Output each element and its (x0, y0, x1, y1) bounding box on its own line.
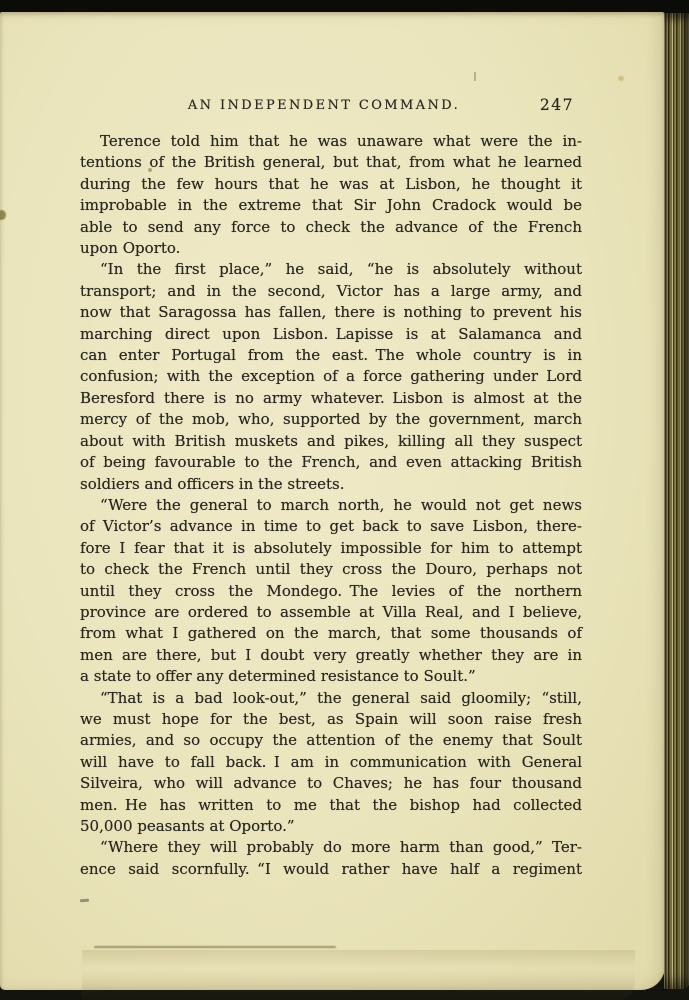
text-line: from what I gathered on the march, that … (80, 623, 582, 644)
foxing-speck (618, 76, 624, 81)
text-line: Silveira, who will advance to Chaves; he… (80, 773, 582, 794)
text-line: a state to offer any determined resistan… (80, 666, 582, 687)
text-line: will have to fall back. I am in communic… (80, 752, 582, 773)
foxing-speck (0, 210, 6, 220)
stacked-page-edges (664, 13, 689, 989)
text-line: improbable in the extreme that Sir John … (80, 195, 582, 216)
text-line: men are there, but I doubt very greatly … (80, 645, 582, 666)
text-line: “That is a bad look-out,” the general sa… (80, 688, 582, 709)
paragraph: “In the first place,” he said, “he is ab… (80, 259, 582, 494)
text-line: able to send any force to check the adva… (80, 217, 582, 238)
running-head: AN INDEPENDENT COMMAND. 247 (80, 98, 582, 118)
paragraph: “Were the general to march north, he wou… (80, 495, 582, 688)
text-line: “In the first place,” he said, “he is ab… (80, 259, 582, 280)
text-line: upon Oporto. (80, 238, 582, 259)
text-line: “Where they will probably do more harm t… (80, 837, 582, 858)
text-line: marching direct upon Lisbon. Lapisse is … (80, 324, 582, 345)
text-line: mercy of the mob, who, supported by the … (80, 409, 582, 430)
text-line: we must hope for the best, as Spain will… (80, 709, 582, 730)
book-page: AN INDEPENDENT COMMAND. 247 Terence told… (0, 12, 665, 990)
text-line: of Victor’s advance in time to get back … (80, 516, 582, 537)
small-ink-tick (474, 72, 476, 81)
text-line: Beresford there is no army whatever. Lis… (80, 388, 582, 409)
text-line: fore I fear that it is absolutely imposs… (80, 538, 582, 559)
bottom-page-shadow (82, 950, 635, 1000)
text-block: Terence told him that he was unaware wha… (80, 131, 582, 880)
text-line: ence said scornfully. “I would rather ha… (80, 859, 582, 880)
paragraph: “That is a bad look-out,” the general sa… (80, 688, 582, 838)
text-line: “Were the general to march north, he wou… (80, 495, 582, 516)
text-line: to check the French until they cross the… (80, 559, 582, 580)
paragraph: “Where they will probably do more harm t… (80, 837, 582, 880)
text-line: until they cross the Mondego. The levies… (80, 581, 582, 602)
text-line: transport; and in the second, Victor has… (80, 281, 582, 302)
text-line: about with British muskets and pikes, ki… (80, 431, 582, 452)
text-line: of being favourable to the French, and e… (80, 452, 582, 473)
text-line: men. He has written to me that the bisho… (80, 795, 582, 816)
foxing-speck (148, 168, 152, 172)
book-scan: AN INDEPENDENT COMMAND. 247 Terence told… (0, 0, 689, 1000)
text-line: armies, and so occupy the attention of t… (80, 730, 582, 751)
chapter-running-title: AN INDEPENDENT COMMAND. (73, 98, 575, 113)
text-line: province are ordered to assemble at Vill… (80, 602, 582, 623)
text-line: 50,000 peasants at Oporto.” (80, 816, 582, 837)
text-line: now that Saragossa has fallen, there is … (80, 302, 582, 323)
text-line: can enter Portugal from the east. The wh… (80, 345, 582, 366)
under-page-edge-line (94, 946, 336, 948)
page-number: 247 (540, 96, 574, 114)
pencil-dash-blemish (80, 899, 89, 902)
text-line: Terence told him that he was unaware wha… (80, 131, 582, 152)
text-line: tentions of the British general, but tha… (80, 152, 582, 173)
text-line: soldiers and officers in the streets. (80, 474, 582, 495)
text-line: during the few hours that he was at Lisb… (80, 174, 582, 195)
text-line: confusion; with the exception of a force… (80, 366, 582, 387)
paragraph: Terence told him that he was unaware wha… (80, 131, 582, 259)
